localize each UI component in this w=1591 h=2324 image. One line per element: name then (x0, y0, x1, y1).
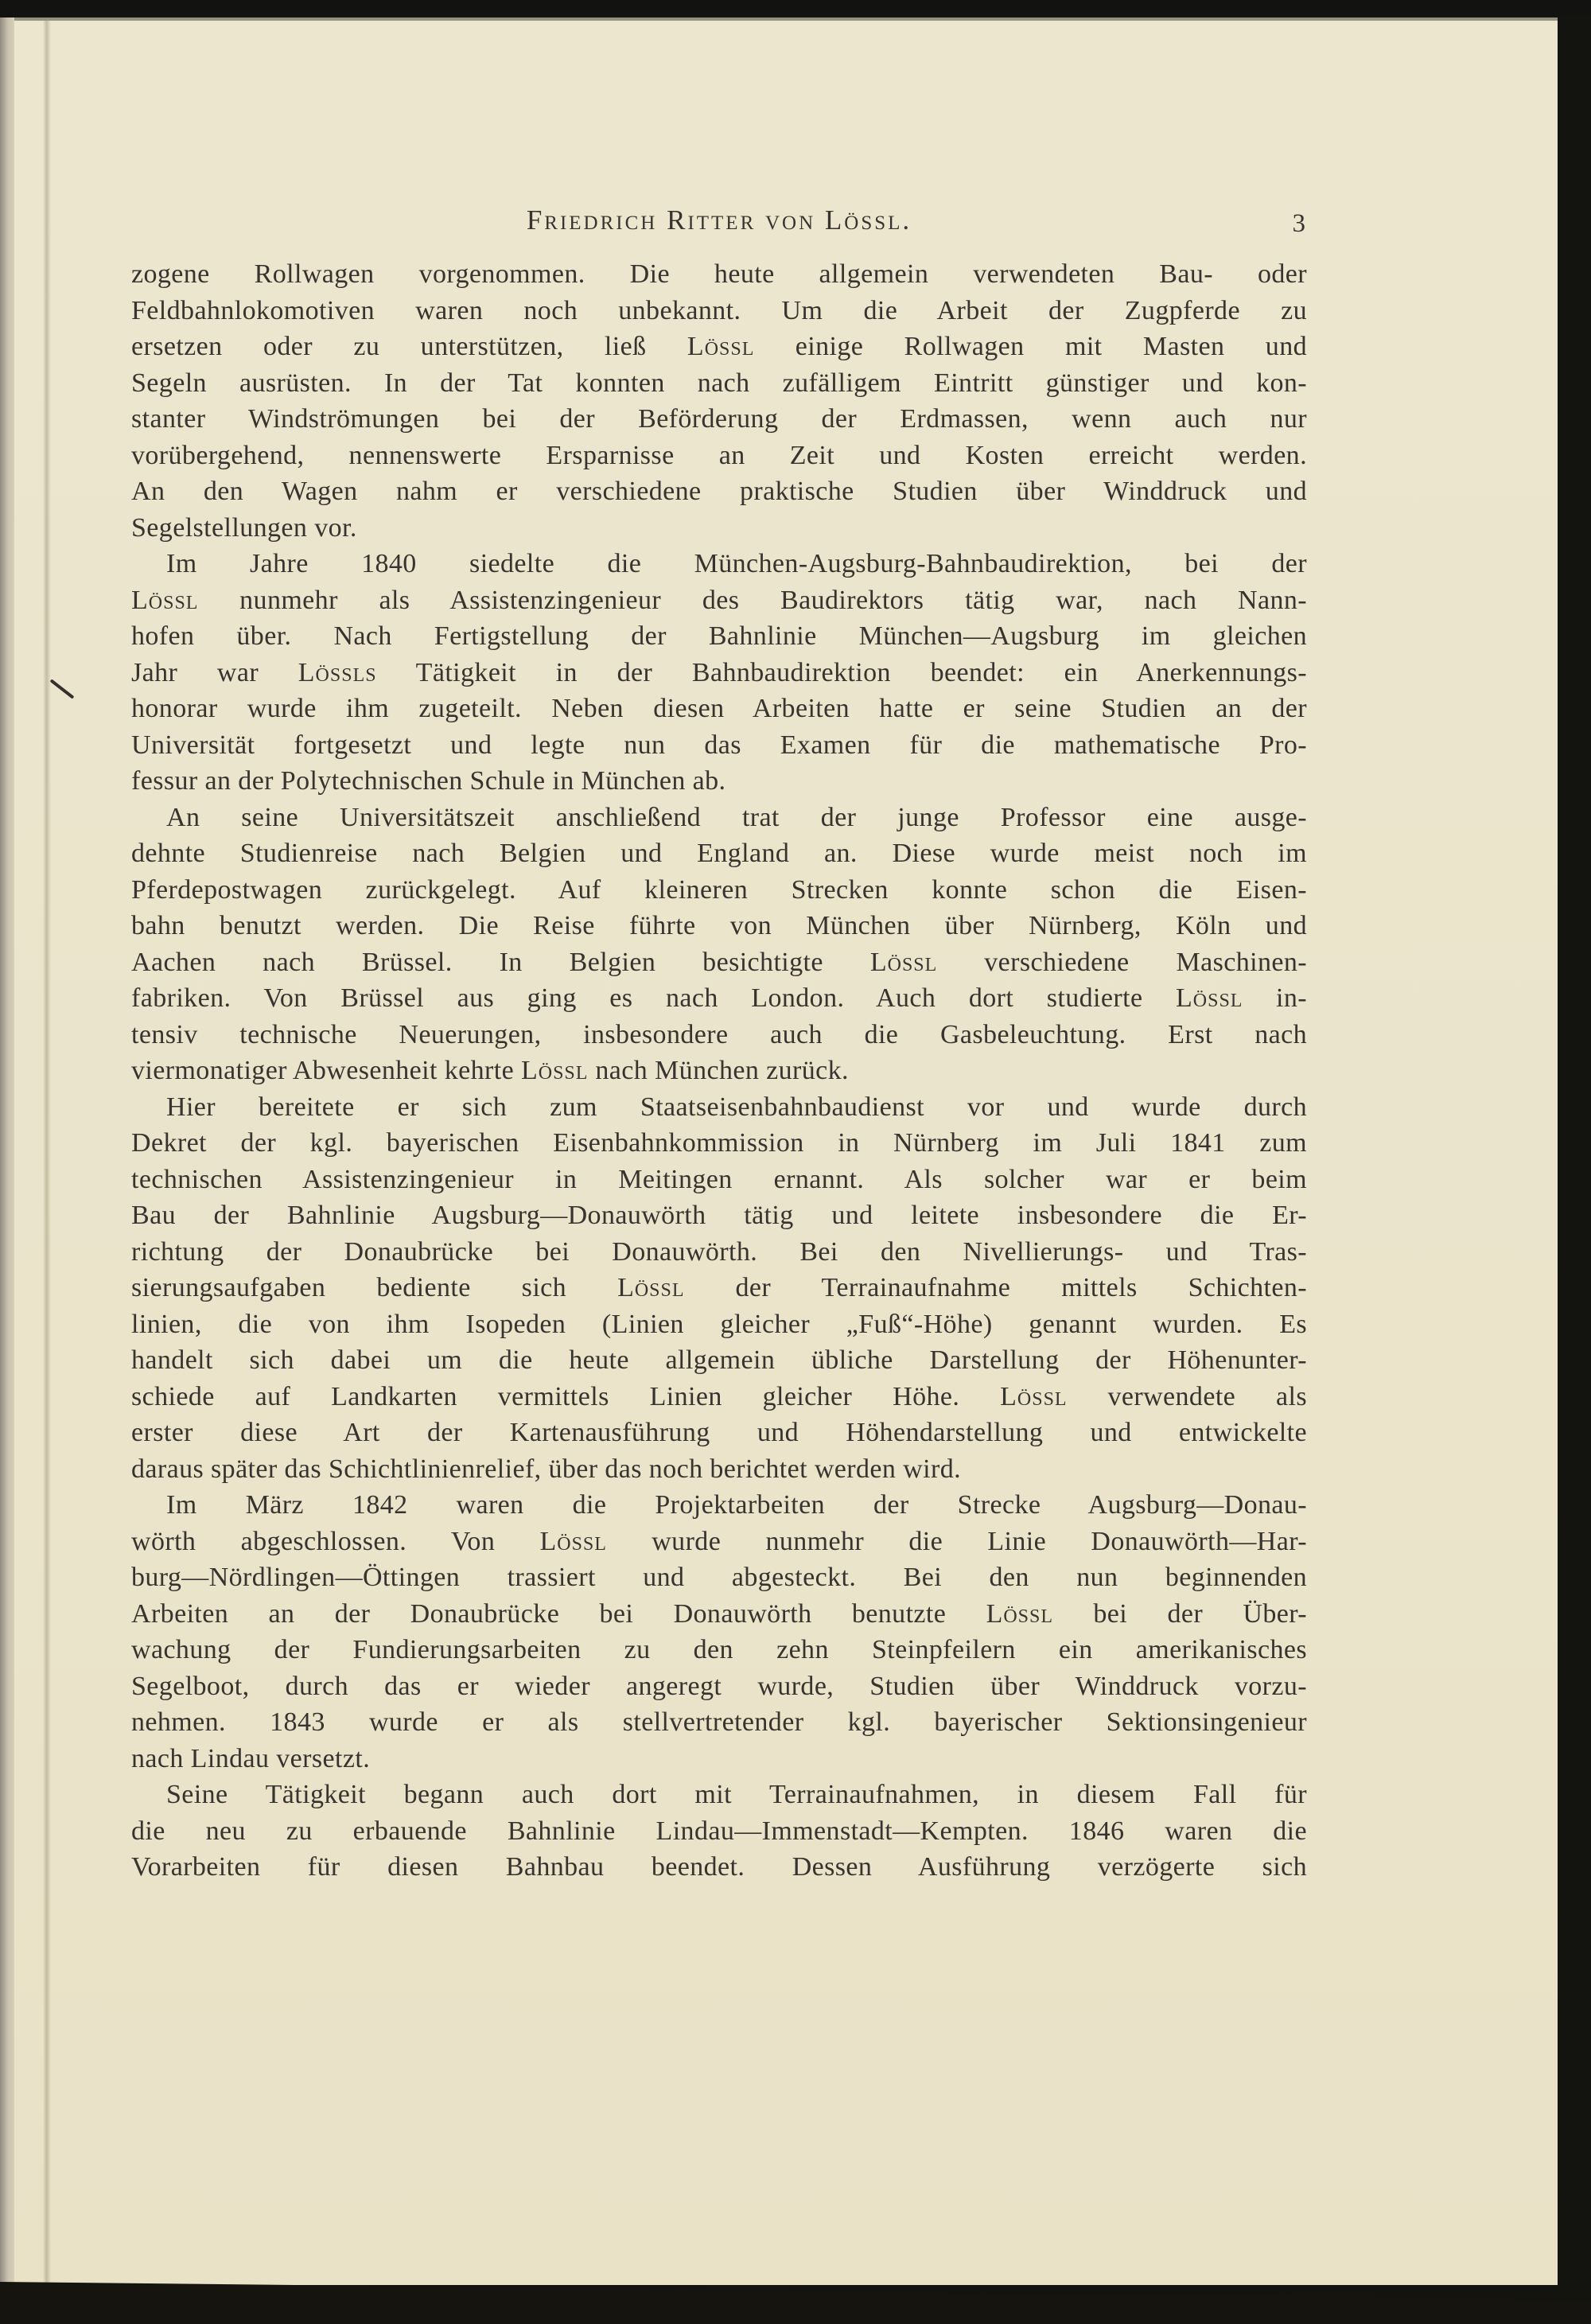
text-line: fabriken. Von Brüssel aus ging es nach L… (131, 980, 1307, 1017)
text-line: An den Wagen nahm er verschiedene prakti… (131, 473, 1307, 510)
text-line: nach Lindau versetzt. (131, 1741, 1307, 1777)
text-line: burg—Nördlingen—Öttingen trassiert und a… (131, 1559, 1307, 1596)
paragraph: Im März 1842 waren die Projektarbeiten d… (131, 1487, 1307, 1777)
text-line: vorübergehend, nennenswerte Ersparnisse … (131, 438, 1307, 474)
text-line: erster diese Art der Kartenausführung un… (131, 1415, 1307, 1451)
handwritten-mark (50, 679, 75, 699)
text-line: viermonatiger Abwesenheit kehrte Lössl n… (131, 1053, 1307, 1089)
text-line: Im Jahre 1840 siedelte die München-Augsb… (131, 546, 1307, 582)
text-block: zogene Rollwagen vorgenommen. Die heute … (131, 256, 1307, 1886)
text-line: ersetzen oder zu unterstützen, ließ Löss… (131, 329, 1307, 365)
text-line: Aachen nach Brüssel. In Belgien besichti… (131, 944, 1307, 981)
text-line: bahn benutzt werden. Die Reise führte vo… (131, 908, 1307, 944)
text-line: hofen über. Nach Fertigstellung der Bahn… (131, 618, 1307, 655)
text-line: Lössl nunmehr als Assistenzingenieur des… (131, 582, 1307, 619)
text-line: wörth abgeschlossen. Von Lössl wurde nun… (131, 1524, 1307, 1560)
adjacent-page-edge (0, 18, 14, 2285)
running-title: Friedrich Ritter von Lössl. (131, 200, 1307, 240)
text-line: Feldbahnlokomotiven waren noch unbekannt… (131, 293, 1307, 329)
page-number: 3 (1293, 204, 1306, 243)
text-line: stanter Windströmungen bei der Beförderu… (131, 401, 1307, 438)
paragraph: Seine Tätigkeit begann auch dort mit Ter… (131, 1777, 1307, 1886)
text-line: linien, die von ihm Isopeden (Linien gle… (131, 1306, 1307, 1343)
text-line: honorar wurde ihm zugeteilt. Neben diese… (131, 691, 1307, 727)
text-line: daraus später das Schichtlinienrelief, ü… (131, 1451, 1307, 1488)
text-line: Pferdepostwagen zurückgelegt. Auf kleine… (131, 872, 1307, 909)
text-line: Seine Tätigkeit begann auch dort mit Ter… (131, 1777, 1307, 1813)
page-gutter-crease (43, 21, 51, 2285)
text-line: Arbeiten an der Donaubrücke bei Donauwör… (131, 1596, 1307, 1633)
text-line: richtung der Donaubrücke bei Donauwörth.… (131, 1234, 1307, 1271)
text-line: Segelboot, durch das er wieder angeregt … (131, 1668, 1307, 1705)
text-line: Dekret der kgl. bayerischen Eisenbahnkom… (131, 1125, 1307, 1162)
text-line: Universität fortgesetzt und legte nun da… (131, 727, 1307, 764)
book-page: Friedrich Ritter von Lössl. 3 zogene Rol… (14, 18, 1558, 2285)
text-line: tensiv technische Neuerungen, insbesonde… (131, 1017, 1307, 1053)
text-line: wachung der Fundierungsarbeiten zu den z… (131, 1632, 1307, 1668)
text-line: dehnte Studienreise nach Belgien und Eng… (131, 835, 1307, 872)
paragraph: Hier bereitete er sich zum Staatseisenba… (131, 1089, 1307, 1488)
text-line: An seine Universitätszeit anschließend t… (131, 800, 1307, 836)
text-line: schiede auf Landkarten vermittels Linien… (131, 1379, 1307, 1415)
page-header: Friedrich Ritter von Lössl. 3 (131, 200, 1307, 240)
text-line: Segelstellungen vor. (131, 510, 1307, 547)
scan-top-border (0, 0, 1591, 18)
paragraph: An seine Universitätszeit anschließend t… (131, 800, 1307, 1089)
text-line: zogene Rollwagen vorgenommen. Die heute … (131, 256, 1307, 293)
paragraph: Im Jahre 1840 siedelte die München-Augsb… (131, 546, 1307, 800)
text-line: handelt sich dabei um die heute allgemei… (131, 1342, 1307, 1379)
text-line: nehmen. 1843 wurde er als stellvertreten… (131, 1704, 1307, 1741)
text-line: Im März 1842 waren die Projektarbeiten d… (131, 1487, 1307, 1524)
text-line: Vorarbeiten für diesen Bahnbau beendet. … (131, 1849, 1307, 1886)
text-line: fessur an der Polytechnischen Schule in … (131, 763, 1307, 800)
text-line: Hier bereitete er sich zum Staatseisenba… (131, 1089, 1307, 1126)
text-line: Jahr war Lössls Tätigkeit in der Bahnbau… (131, 655, 1307, 691)
text-line: die neu zu erbauende Bahnlinie Lindau—Im… (131, 1813, 1307, 1850)
text-line: technischen Assistenzingenieur in Meitin… (131, 1162, 1307, 1198)
text-line: Segeln ausrüsten. In der Tat konnten nac… (131, 365, 1307, 402)
text-line: Bau der Bahnlinie Augsburg—Donauwörth tä… (131, 1197, 1307, 1234)
text-line: sierungsaufgaben bediente sich Lössl der… (131, 1270, 1307, 1306)
paragraph: zogene Rollwagen vorgenommen. Die heute … (131, 256, 1307, 546)
